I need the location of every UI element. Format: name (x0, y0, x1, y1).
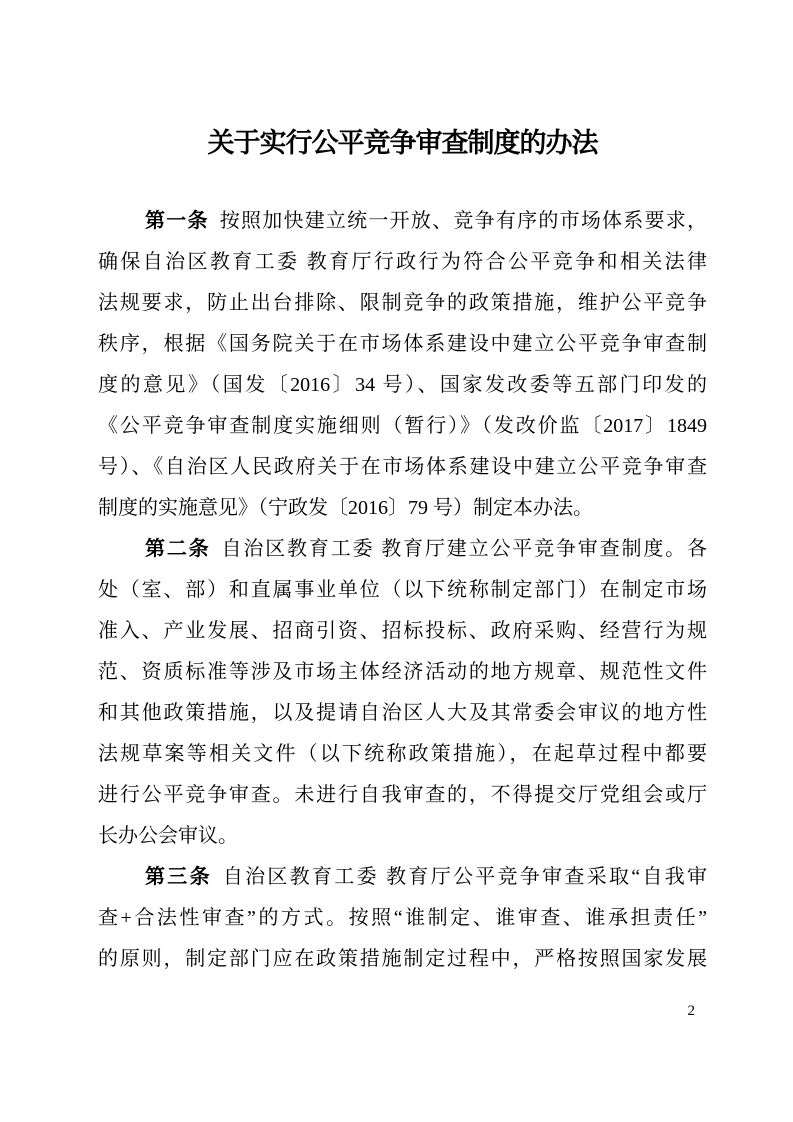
text-line: 的原则，制定部门应在政策措施制定过程中，严格按照国家发展 (98, 939, 707, 980)
text-line: 第一条按照加快建立统一开放、竞争有序的市场体系要求， (98, 201, 707, 242)
text-line: 准入、产业发展、招商引资、招标投标、政府采购、经营行为规 (98, 611, 707, 652)
text-line: 号）、《自治区人民政府关于在市场体系建设中建立公平竞争审查 (98, 447, 707, 488)
text-line: 长办公会审议。 (98, 816, 707, 857)
text-line: 法规草案等相关文件（以下统称政策措施），在起草过程中都要 (98, 734, 707, 775)
text-line: 确保自治区教育工委 教育厅行政行为符合公平竞争和相关法律 (98, 242, 707, 283)
page-number: 2 (688, 1001, 696, 1021)
text-line: 秩序，根据《国务院关于在市场体系建设中建立公平竞争审查制 (98, 324, 707, 365)
document-body: 第一条按照加快建立统一开放、竞争有序的市场体系要求， 确保自治区教育工委 教育厅… (98, 201, 707, 980)
text-segment: 按照加快建立统一开放、竞争有序的市场体系要求， (220, 210, 707, 232)
article-lead: 第三条 (145, 866, 212, 888)
text-line: 进行公平竞争审查。未进行自我审查的，不得提交厅党组会或厅 (98, 775, 707, 816)
text-line: 度的意见》（国发〔2016〕34 号）、国家发改委等五部门印发的 (98, 365, 707, 406)
text-line: 第二条自治区教育工委 教育厅建立公平竞争审查制度。各 (98, 529, 707, 570)
text-line: 《公平竞争审查制度实施细则（暂行）》（发改价监〔2017〕1849 (98, 406, 707, 447)
text-line: 制度的实施意见》（宁政发〔2016〕79 号）制定本办法。 (98, 488, 707, 529)
document-title: 关于实行公平竞争审查制度的办法 (98, 124, 707, 162)
text-line: 法规要求，防止出台排除、限制竞争的政策措施，维护公平竞争 (98, 283, 707, 324)
text-line: 第三条自治区教育工委 教育厅公平竞争审查采取“自我审 (98, 857, 707, 898)
document-page: 关于实行公平竞争审查制度的办法 第一条按照加快建立统一开放、竞争有序的市场体系要… (0, 0, 793, 1122)
text-line: 处（室、部）和直属事业单位（以下统称制定部门）在制定市场 (98, 570, 707, 611)
text-line: 查+合法性审查”的方式。按照“谁制定、谁审查、谁承担责任” (98, 898, 707, 939)
article-lead: 第一条 (145, 210, 209, 232)
article-lead: 第二条 (145, 538, 211, 560)
text-line: 范、资质标准等涉及市场主体经济活动的地方规章、规范性文件 (98, 652, 707, 693)
text-segment: 自治区教育工委 教育厅建立公平竞争审查制度。各 (222, 538, 707, 560)
text-segment: 自治区教育工委 教育厅公平竞争审查采取“自我审 (223, 866, 707, 888)
text-line: 和其他政策措施，以及提请自治区人大及其常委会审议的地方性 (98, 693, 707, 734)
